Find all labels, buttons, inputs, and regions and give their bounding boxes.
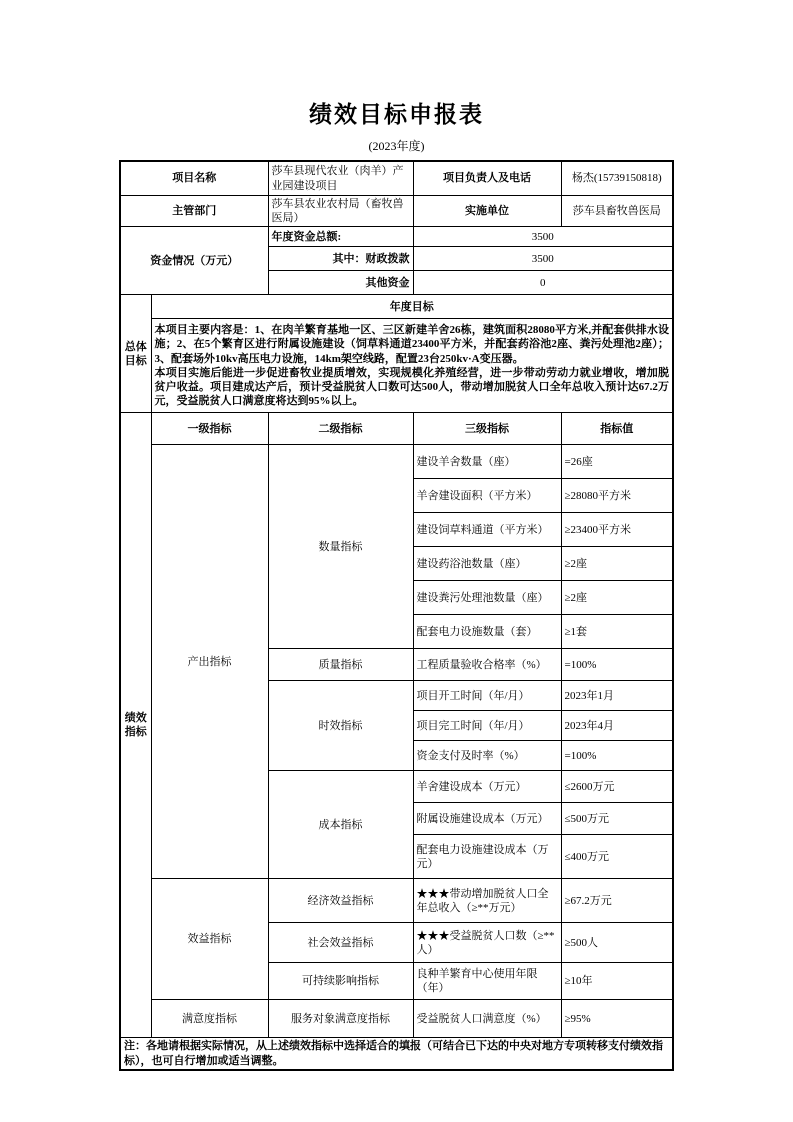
indicator-value: 2023年1月: [561, 681, 673, 711]
level2-service-satisfaction: 服务对象满意度指标: [268, 1000, 413, 1038]
indicator-value: ≥1套: [561, 615, 673, 649]
annual-goal-header-row: 总体 目标 年度目标: [120, 295, 673, 319]
dept-label: 主管部门: [120, 195, 268, 227]
note-row: 注：各地请根据实际情况，从上述绩效指标中选择适合的填报（可结合已下达的中央对地方…: [120, 1038, 673, 1070]
header-level3: 三级指标: [413, 413, 561, 445]
indicator-l3: ★★★受益脱贫人口数（≥**人）: [413, 923, 561, 963]
indicator-header-row: 绩效 指标 一级指标 二级指标 三级指标 指标值: [120, 413, 673, 445]
funds-total-label: 年度资金总额:: [268, 227, 413, 247]
indicator-value: ≤500万元: [561, 803, 673, 835]
indicator-value: ≥500人: [561, 923, 673, 963]
level2-sustainability: 可持续影响指标: [268, 963, 413, 1000]
indicator-l3: 工程质量验收合格率（%）: [413, 649, 561, 681]
funds-fiscal-label: 其中：财政拨款: [268, 247, 413, 271]
level2-economic: 经济效益指标: [268, 879, 413, 923]
indicator-row: 产出指标 数量指标 建设羊舍数量（座） =26座: [120, 445, 673, 479]
funds-other-value: 0: [413, 271, 673, 295]
level2-timeliness: 时效指标: [268, 681, 413, 771]
indicator-value: ≤2600万元: [561, 771, 673, 803]
project-name-value: 莎车县现代农业（肉羊）产业园建设项目: [268, 161, 413, 195]
indicator-value: =26座: [561, 445, 673, 479]
indicator-value: ≥2座: [561, 547, 673, 581]
indicator-value: ≥23400平方米: [561, 513, 673, 547]
indicator-l3: 项目开工时间（年/月）: [413, 681, 561, 711]
level2-cost: 成本指标: [268, 771, 413, 879]
indicator-value: ≥2座: [561, 581, 673, 615]
funds-fiscal-value: 3500: [413, 247, 673, 271]
indicator-l3: 受益脱贫人口满意度（%）: [413, 1000, 561, 1038]
header-value: 指标值: [561, 413, 673, 445]
indicator-value: ≥67.2万元: [561, 879, 673, 923]
level2-quantity: 数量指标: [268, 445, 413, 649]
indicator-l3: 羊舍建设成本（万元）: [413, 771, 561, 803]
indicator-l3: 建设药浴池数量（座）: [413, 547, 561, 581]
impl-value: 莎车县畜牧兽医局: [561, 195, 673, 227]
annual-goal-header: 年度目标: [151, 295, 673, 319]
dept-row: 主管部门 莎车县农业农村局（畜牧兽医局） 实施单位 莎车县畜牧兽医局: [120, 195, 673, 227]
indicator-l3: 建设饲草料通道（平方米）: [413, 513, 561, 547]
indicator-value: ≥95%: [561, 1000, 673, 1038]
page-title: 绩效目标申报表: [0, 102, 793, 127]
indicator-l3: 羊舍建设面积（平方米）: [413, 479, 561, 513]
overall-goal-paragraph-2: 本项目实施后能进一步促进畜牧业提质增效，实现规模化养殖经营，进一步带动劳动力就业…: [155, 366, 670, 409]
indicator-l3: ★★★带动增加脱贫人口全年总收入（≥**万元）: [413, 879, 561, 923]
overall-goal-text: 本项目主要内容是：1、在肉羊繁育基地一区、三区新建羊舍26栋，建筑面积28080…: [151, 319, 673, 413]
indicator-value: 2023年4月: [561, 711, 673, 741]
impl-label: 实施单位: [413, 195, 561, 227]
indicator-value: =100%: [561, 741, 673, 771]
indicator-row: 满意度指标 服务对象满意度指标 受益脱贫人口满意度（%） ≥95%: [120, 1000, 673, 1038]
project-name-label: 项目名称: [120, 161, 268, 195]
overall-goal-label: 总体 目标: [120, 295, 151, 413]
indicator-l3: 建设粪污处理池数量（座）: [413, 581, 561, 615]
leader-label: 项目负责人及电话: [413, 161, 561, 195]
indicator-value: ≥10年: [561, 963, 673, 1000]
indicator-l3: 资金支付及时率（%）: [413, 741, 561, 771]
header-level2: 二级指标: [268, 413, 413, 445]
funds-label: 资金情况（万元）: [120, 227, 268, 295]
indicator-l3: 建设羊舍数量（座）: [413, 445, 561, 479]
dept-value: 莎车县农业农村局（畜牧兽医局）: [268, 195, 413, 227]
funds-total-value: 3500: [413, 227, 673, 247]
leader-value: 杨杰(15739150818): [561, 161, 673, 195]
level1-satisfaction: 满意度指标: [151, 1000, 268, 1038]
overall-goal-paragraph-1: 本项目主要内容是：1、在肉羊繁育基地一区、三区新建羊舍26栋，建筑面积28080…: [155, 323, 670, 366]
level2-quality: 质量指标: [268, 649, 413, 681]
funds-row-total: 资金情况（万元） 年度资金总额: 3500: [120, 227, 673, 247]
indicator-l3: 配套电力设施建设成本（万元）: [413, 835, 561, 879]
indicator-l3: 项目完工时间（年/月）: [413, 711, 561, 741]
declaration-table: 项目名称 莎车县现代农业（肉羊）产业园建设项目 项目负责人及电话 杨杰(1573…: [119, 160, 674, 1071]
indicator-l3: 良种羊繁育中心使用年限（年）: [413, 963, 561, 1000]
indicator-l3: 附属设施建设成本（万元）: [413, 803, 561, 835]
indicator-row: 效益指标 经济效益指标 ★★★带动增加脱贫人口全年总收入（≥**万元） ≥67.…: [120, 879, 673, 923]
note-text: 注：各地请根据实际情况，从上述绩效指标中选择适合的填报（可结合已下达的中央对地方…: [120, 1038, 673, 1070]
level1-output: 产出指标: [151, 445, 268, 879]
performance-section-label: 绩效 指标: [120, 413, 151, 1038]
indicator-value: ≥28080平方米: [561, 479, 673, 513]
funds-other-label: 其他资金: [268, 271, 413, 295]
header-level1: 一级指标: [151, 413, 268, 445]
level2-social: 社会效益指标: [268, 923, 413, 963]
indicator-l3: 配套电力设施数量（套）: [413, 615, 561, 649]
indicator-value: ≤400万元: [561, 835, 673, 879]
project-name-row: 项目名称 莎车县现代农业（肉羊）产业园建设项目 项目负责人及电话 杨杰(1573…: [120, 161, 673, 195]
document-sheet: 绩效目标申报表 (2023年度) 项目名称 莎车县现代农业（肉羊）产业园建设项目…: [0, 0, 793, 1071]
page-subtitle: (2023年度): [0, 140, 793, 152]
level1-benefit: 效益指标: [151, 879, 268, 1000]
overall-goal-row: 本项目主要内容是：1、在肉羊繁育基地一区、三区新建羊舍26栋，建筑面积28080…: [120, 319, 673, 413]
indicator-value: =100%: [561, 649, 673, 681]
